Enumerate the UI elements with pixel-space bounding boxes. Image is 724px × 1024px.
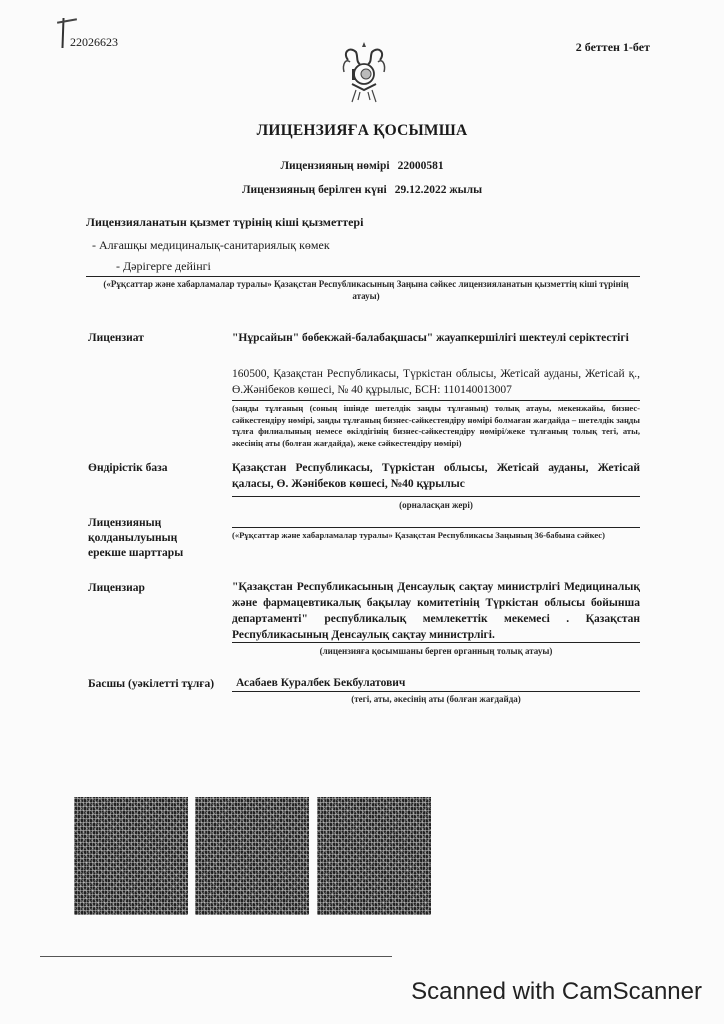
subservices-heading: Лицензияланатын қызмет түрінің кіші қызм… <box>86 215 363 230</box>
license-number-row: Лицензияның нөмірі22000581 <box>0 160 724 172</box>
head-label: Басшы (уәкілетті тұлға) <box>88 677 214 692</box>
production-base-value: Қазақстан Республикасы, Түркістан облысы… <box>232 460 640 492</box>
state-emblem-icon <box>338 38 390 106</box>
camscanner-watermark: Scanned with CamScanner <box>411 978 702 1006</box>
licensee-name: "Нұрсайын" бөбекжай-балабақшасы" жауапке… <box>232 330 640 346</box>
special-conditions-label: Лицензияның қолданылуының ерекше шарттар… <box>88 516 208 561</box>
document-id: 22026623 <box>70 35 118 50</box>
qr-code-2 <box>195 797 309 915</box>
divider <box>232 400 640 401</box>
divider <box>232 642 640 643</box>
licensee-address: 160500, Қазақстан Республикасы, Түркіста… <box>232 366 640 398</box>
divider <box>86 276 640 277</box>
subservice-item: - Алғашқы медициналық-санитариялық көмек <box>92 238 330 253</box>
license-date-label: Лицензияның берілген күні <box>242 184 387 196</box>
head-caption: (тегі, аты, әкесінің аты (болған жағдайд… <box>232 693 640 705</box>
handwritten-mark-stroke <box>57 18 77 23</box>
qr-code-3 <box>317 797 431 915</box>
qr-code-1 <box>74 797 188 915</box>
licensor-caption: (лицензияға қосымшаны берген органның то… <box>232 645 640 657</box>
document-title: ЛИЦЕНЗИЯҒА ҚОСЫМША <box>0 122 724 140</box>
subservice-item: - Дәрігерге дейінгі <box>116 259 211 274</box>
production-base-caption: (орналасқан жері) <box>232 499 640 511</box>
license-date-row: Лицензияның берілген күні29.12.2022 жылы <box>0 184 724 196</box>
head-value: Асабаев Куралбек Бекбулатович <box>236 675 405 691</box>
special-conditions-caption: («Рұқсаттар және хабарламалар туралы» Қа… <box>232 530 640 542</box>
licensee-label: Лицензиат <box>88 331 144 346</box>
licensor-value: "Қазақстан Республикасының Денсаулық сақ… <box>232 579 640 643</box>
page-indicator: 2 беттен 1-бет <box>576 40 650 55</box>
license-date: 29.12.2022 жылы <box>395 184 482 196</box>
license-number-label: Лицензияның нөмірі <box>280 160 389 172</box>
licensee-caption: (заңды тұлғаның (соның ішінде шетелдік з… <box>232 403 640 449</box>
divider <box>232 496 640 497</box>
divider <box>232 527 640 528</box>
license-number: 22000581 <box>398 160 444 172</box>
production-base-label: Өндірістік база <box>88 461 168 476</box>
divider <box>232 691 640 692</box>
subservices-caption: («Рұқсаттар және хабарламалар туралы» Қа… <box>96 278 636 302</box>
licensor-label: Лицензиар <box>88 581 145 596</box>
bottom-divider <box>40 956 392 957</box>
